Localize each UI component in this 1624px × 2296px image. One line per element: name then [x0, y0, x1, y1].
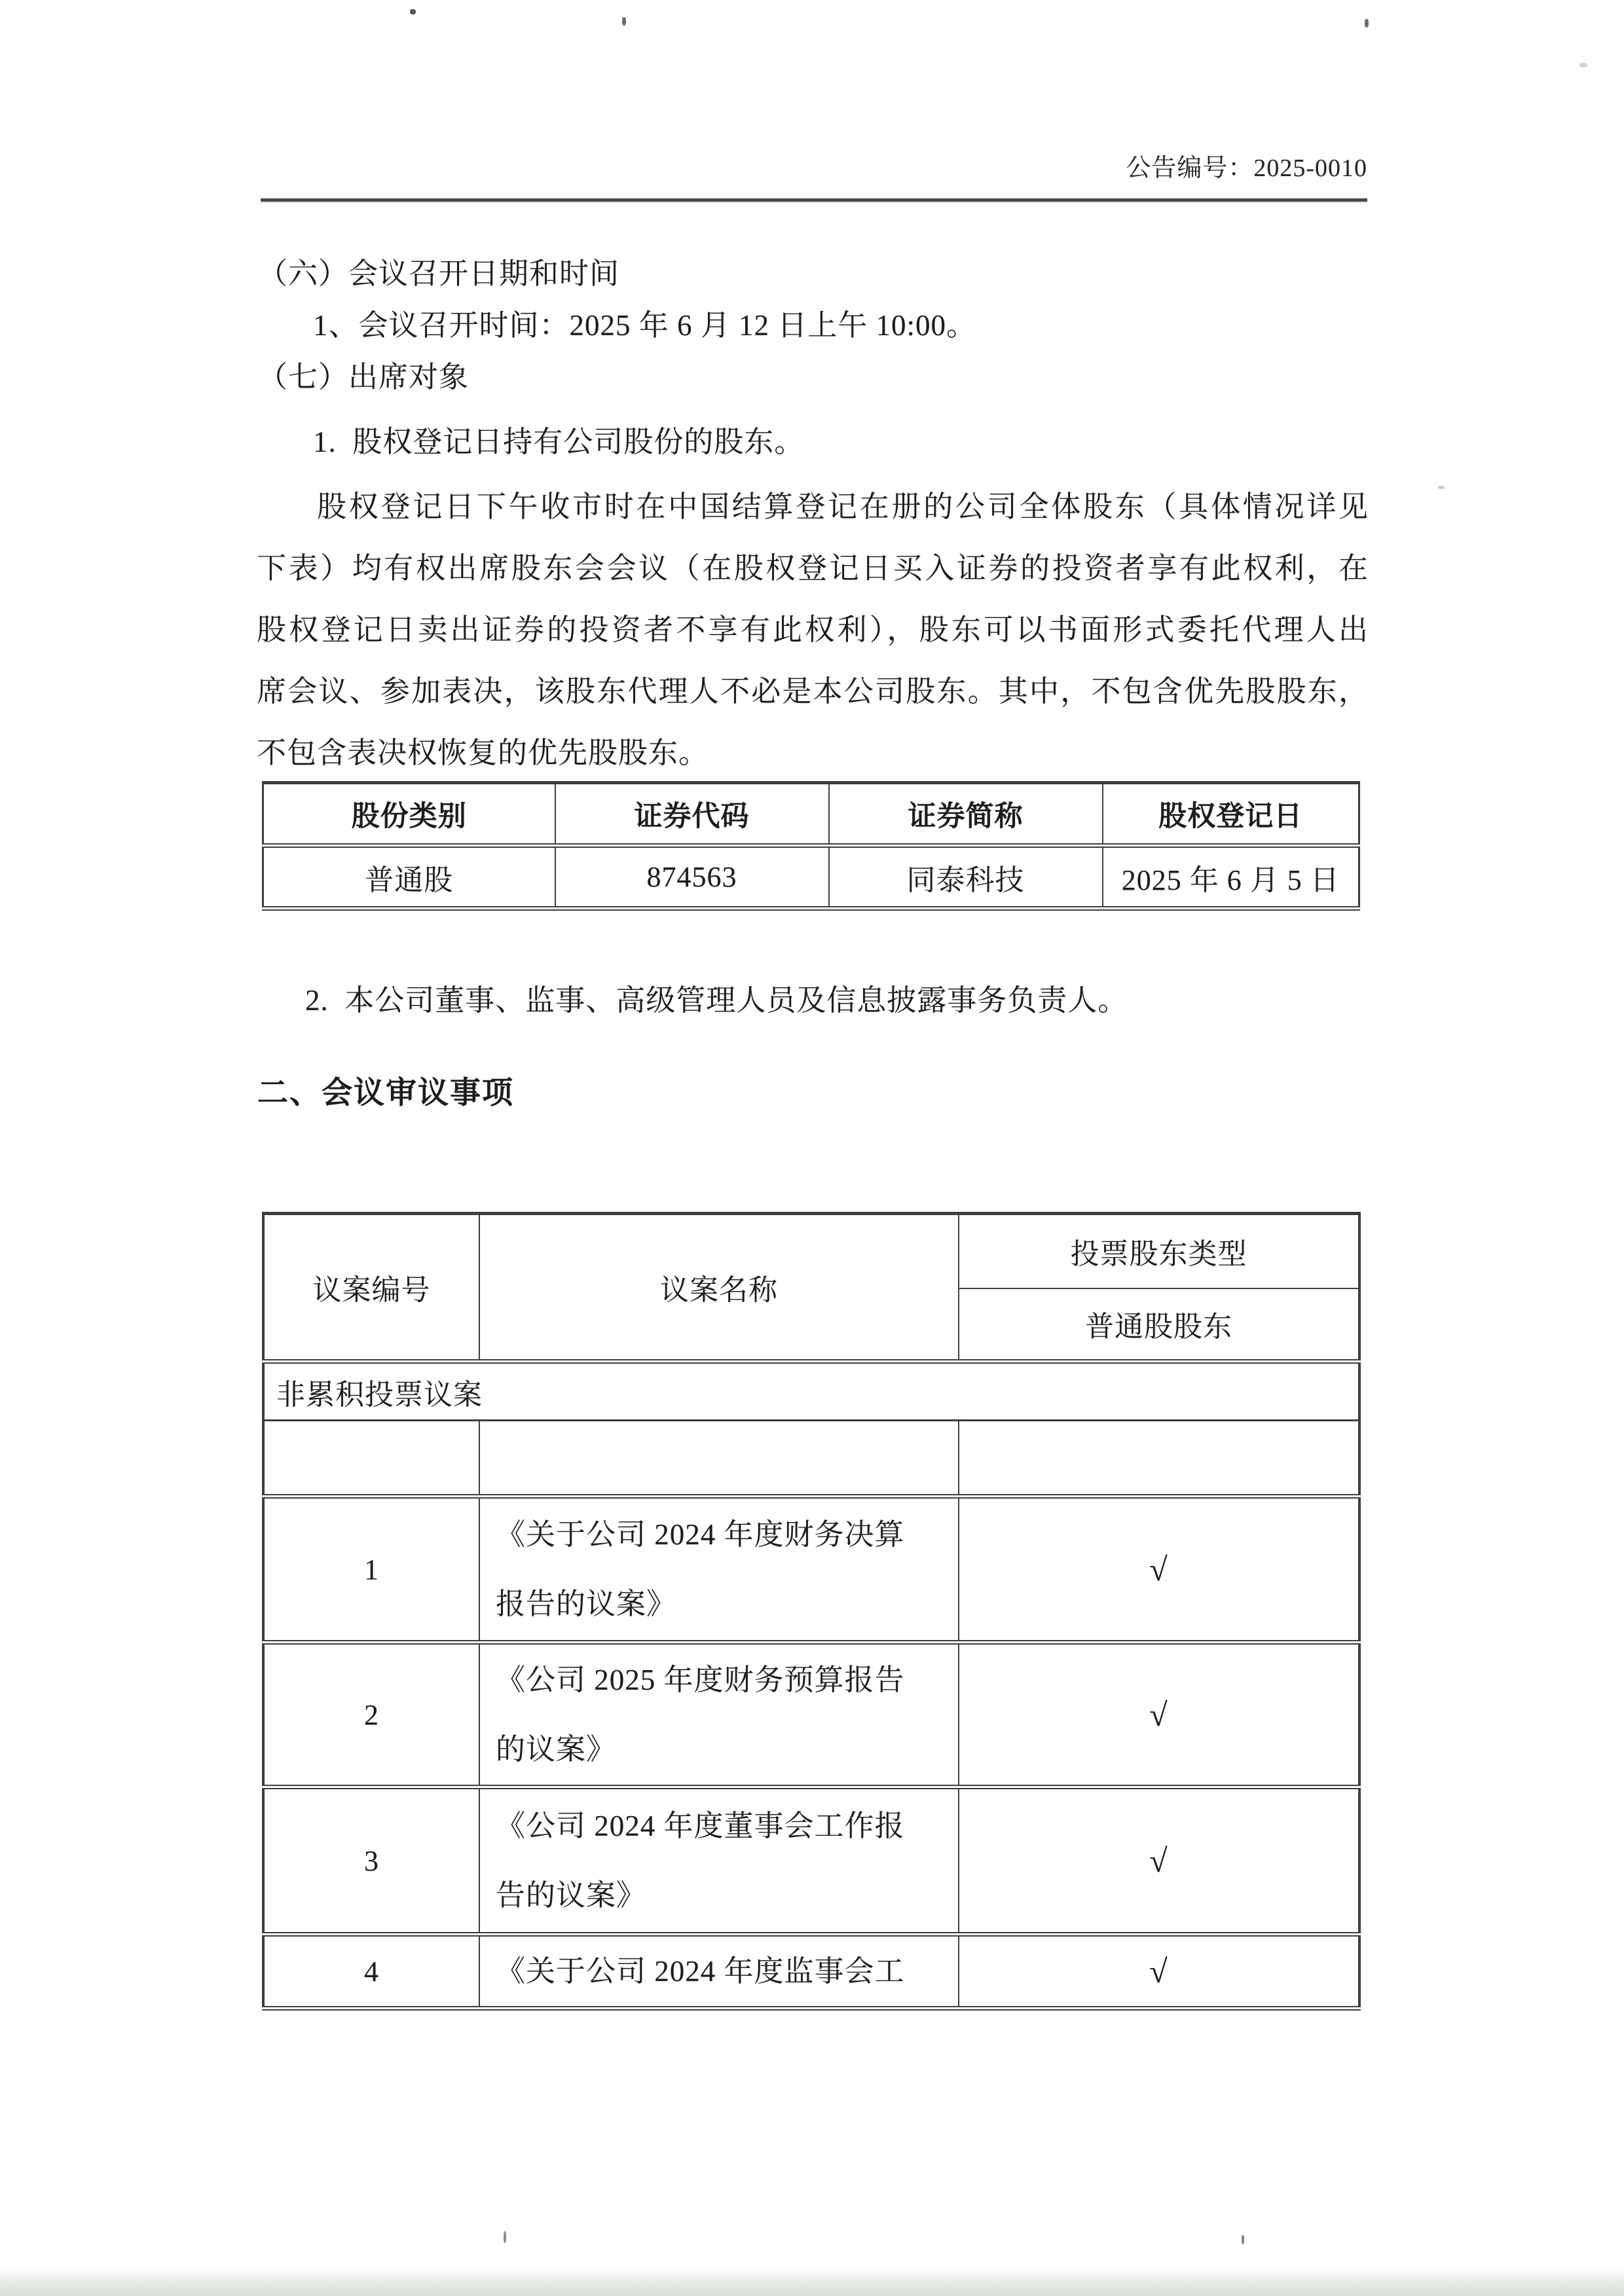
- item7-point2: 2. 本公司董事、监事、高级管理人员及信息披露事务负责人。: [305, 985, 1128, 1016]
- paragraph-line: 股权登记日下午收市时在中国结算登记在册的公司全体股东（具体情况详见: [257, 476, 1369, 538]
- paragraph-line: 下表）均有权出席股东会会议（在股权登记日买入证券的投资者享有此权利，在: [257, 538, 1369, 599]
- proposal-name: 《关于公司 2024 年度监事会工: [479, 1935, 959, 2009]
- vote-check: √: [959, 1935, 1359, 2009]
- column-header-voter-type: 投票股东类型: [959, 1214, 1359, 1288]
- proposal-row: 2 《公司 2025 年度财务预算报告 的议案》 √: [263, 1643, 1359, 1787]
- proposal-row: 1 《关于公司 2024 年度财务决算 报告的议案》 √: [263, 1497, 1359, 1643]
- scan-speck: [1438, 486, 1445, 489]
- column-header-security-name: 证券简称: [829, 783, 1103, 846]
- column-header-security-code: 证券代码: [555, 783, 829, 846]
- scan-speck: [1365, 19, 1369, 27]
- non-cumulative-group-row: 非累积投票议案: [263, 1362, 1359, 1421]
- vote-check: √: [959, 1497, 1359, 1643]
- scan-speck: [1579, 63, 1587, 67]
- share-table-data-row: 普通股 874563 同泰科技 2025 年 6 月 5 日: [263, 846, 1359, 909]
- section2-heading: 二、会议审议事项: [257, 1076, 514, 1109]
- column-header-record-date: 股权登记日: [1103, 783, 1359, 846]
- proposal-number: 2: [263, 1643, 479, 1787]
- proposal-name-line: 《公司 2025 年度财务预算报告: [496, 1645, 946, 1715]
- scan-speck: [410, 9, 416, 14]
- proposal-name-line: 《公司 2024 年度董事会工作报: [496, 1791, 946, 1861]
- item6-meeting-time: 1、会议召开时间：2025 年 6 月 12 日上午 10:00。: [313, 310, 976, 341]
- paragraph-line: 不包含表决权恢复的优先股股东。: [257, 722, 1369, 784]
- empty-row: [263, 1421, 1359, 1497]
- proposal-number: 1: [263, 1497, 479, 1643]
- vote-check: √: [959, 1787, 1359, 1935]
- item7-heading: （七）出席对象: [258, 361, 469, 393]
- proposal-name-line: 报告的议案》: [496, 1569, 946, 1639]
- proposal-row: 4 《关于公司 2024 年度监事会工 √: [263, 1935, 1359, 2009]
- proposal-table: 议案编号 议案名称 投票股东类型 普通股股东 非累积投票议案 1 《关于公司 2…: [262, 1212, 1361, 2011]
- proposal-name-line: 告的议案》: [496, 1861, 946, 1930]
- security-code-value: 874563: [555, 846, 829, 909]
- scan-speck: [1242, 2235, 1244, 2244]
- vote-check: √: [959, 1643, 1359, 1787]
- column-header-share-class: 股份类别: [263, 783, 555, 846]
- empty-cell: [263, 1421, 479, 1497]
- proposal-name: 《关于公司 2024 年度财务决算 报告的议案》: [479, 1497, 959, 1643]
- proposal-table-header-row: 议案编号 议案名称 投票股东类型: [263, 1214, 1359, 1288]
- proposal-name-line: 的议案》: [496, 1715, 946, 1784]
- share-table-header-row: 股份类别 证券代码 证券简称 股权登记日: [263, 783, 1359, 846]
- proposal-name: 《公司 2024 年度董事会工作报 告的议案》: [479, 1787, 959, 1935]
- share-class-table: 股份类别 证券代码 证券简称 股权登记日 普通股 874563 同泰科技 202…: [262, 781, 1360, 911]
- empty-cell: [479, 1421, 959, 1497]
- paragraph-line: 股权登记日卖出证券的投资者不享有此权利），股东可以书面形式委托代理人出: [257, 599, 1369, 661]
- announcement-page: 公告编号：2025-0010 （六）会议召开日期和时间 1、会议召开时间：202…: [0, 0, 1624, 2296]
- proposal-number: 3: [263, 1787, 479, 1935]
- scan-speck: [504, 2231, 506, 2243]
- scan-edge-shading: [0, 2269, 1624, 2296]
- item7-point1: 1. 股权登记日持有公司股份的股东。: [313, 426, 804, 458]
- doc-number: 公告编号：2025-0010: [257, 153, 1367, 183]
- proposal-name-line: 《关于公司 2024 年度财务决算: [496, 1500, 946, 1569]
- paragraph-line: 席会议、参加表决，该股东代理人不必是本公司股东。其中，不包含优先股股东，: [257, 661, 1369, 722]
- eligibility-paragraph: 股权登记日下午收市时在中国结算登记在册的公司全体股东（具体情况详见 下表）均有权…: [257, 476, 1369, 784]
- record-date-value: 2025 年 6 月 5 日: [1103, 846, 1359, 909]
- header-divider-rule: [261, 198, 1367, 202]
- group-label: 非累积投票议案: [263, 1362, 1359, 1421]
- proposal-number: 4: [263, 1935, 479, 2009]
- share-class-value: 普通股: [263, 846, 555, 909]
- item6-heading: （六）会议召开日期和时间: [258, 258, 619, 289]
- proposal-name: 《公司 2025 年度财务预算报告 的议案》: [479, 1643, 959, 1787]
- proposal-name-line: 《关于公司 2024 年度监事会工: [496, 1937, 946, 2006]
- column-subheader-common-shareholders: 普通股股东: [959, 1288, 1359, 1362]
- empty-cell: [959, 1421, 1359, 1497]
- security-name-value: 同泰科技: [829, 846, 1103, 909]
- proposal-row: 3 《公司 2024 年度董事会工作报 告的议案》 √: [263, 1787, 1359, 1935]
- scan-speck: [622, 17, 626, 26]
- column-header-proposal-no: 议案编号: [263, 1214, 479, 1362]
- column-header-proposal-name: 议案名称: [479, 1214, 959, 1362]
